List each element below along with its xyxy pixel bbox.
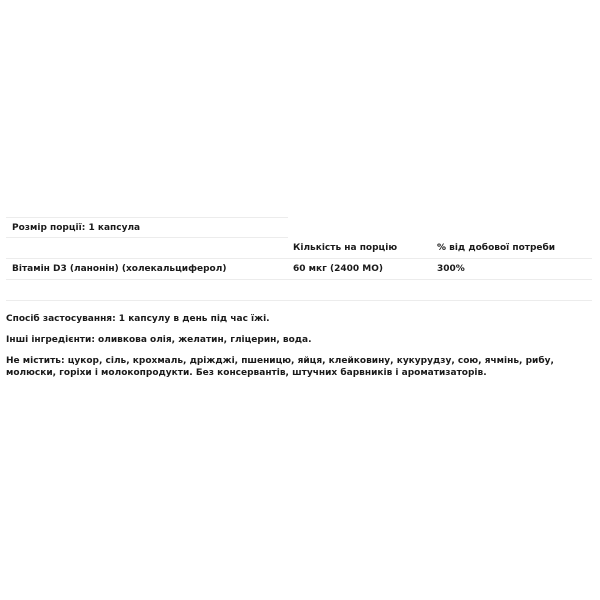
product-notes: Спосіб застосування: 1 капсулу в день пі… — [6, 313, 586, 388]
nutrient-daily-value: 300% — [437, 264, 465, 274]
does-not-contain-text: Не містить: цукор, сіль, крохмаль, дріжд… — [6, 355, 586, 379]
serving-size-row: Розмір порції: 1 капсула — [6, 217, 288, 238]
nutrient-name: Вітамін D3 (ланонін) (холекальциферол) — [12, 264, 226, 274]
supplement-facts-table: Розмір порції: 1 капсула Кількість на по… — [6, 217, 592, 301]
table-row: Вітамін D3 (ланонін) (холекальциферол) 6… — [6, 259, 592, 280]
header-daily-value: % від добової потреби — [437, 243, 555, 253]
table-divider — [6, 280, 592, 301]
usage-text: Спосіб застосування: 1 капсулу в день пі… — [6, 313, 586, 325]
other-ingredients-text: Інші інгредієнти: оливкова олія, желатин… — [6, 334, 586, 346]
serving-size-label: Розмір порції: 1 капсула — [12, 223, 140, 233]
header-amount: Кількість на порцію — [293, 243, 397, 253]
table-header-row: Кількість на порцію % від добової потреб… — [6, 238, 592, 259]
nutrient-amount: 60 мкг (2400 МО) — [293, 264, 383, 274]
